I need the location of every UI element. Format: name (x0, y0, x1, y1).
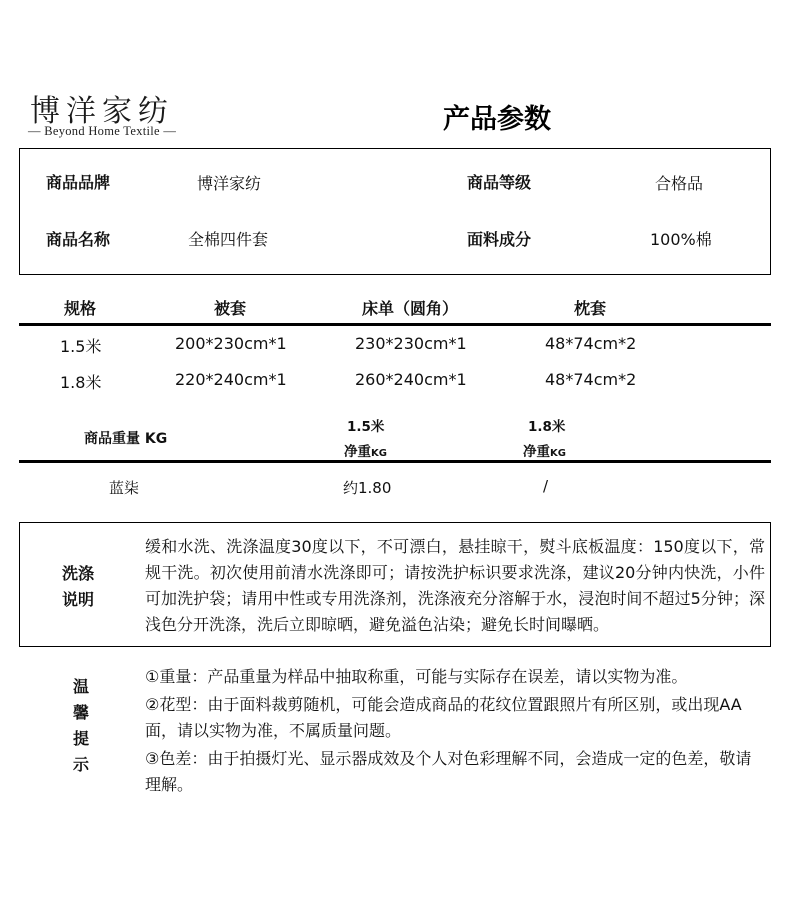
tips-title-char-2: 馨 (71, 700, 91, 726)
spec-header-size: 规格 (64, 296, 96, 319)
spec-row-1-sheet: 230*230cm*1 (355, 334, 467, 353)
weight-table-title: 商品重量 KG (84, 428, 167, 448)
spec-table-divider (19, 323, 771, 326)
info-label-name: 商品名称 (46, 227, 110, 250)
spec-row-1-pillowcase: 48*74cm*2 (545, 334, 636, 353)
tip-pattern: ②花型：由于面料裁剪随机，可能会造成商品的花纹位置跟照片有所区别，或出现AA面，… (145, 692, 765, 744)
info-value-name: 全棉四件套 (188, 227, 268, 250)
wash-title-line-1: 洗涤 (62, 561, 94, 587)
wash-instructions-title: 洗涤 说明 (62, 561, 94, 613)
spec-header-pillowcase: 枕套 (574, 296, 606, 319)
page-title: 产品参数 (443, 97, 551, 136)
weight-col-1-size: 1.5米 (347, 415, 384, 435)
weight-row-value-2: / (543, 477, 548, 495)
spec-row-2-pillowcase: 48*74cm*2 (545, 370, 636, 389)
weight-col-2-net-label: 净重 (523, 444, 550, 460)
wash-instructions-text: 缓和水洗、洗涤温度30度以下，不可漂白，悬挂晾干，熨斗底板温度：150度以下，常… (145, 534, 765, 638)
info-value-material: 100%棉 (650, 227, 712, 250)
weight-col-1-net: 净重KG (344, 440, 387, 460)
spec-header-duvet: 被套 (214, 296, 246, 319)
tips-title-char-4: 示 (71, 752, 91, 778)
info-value-brand: 博洋家纺 (197, 171, 261, 194)
spec-row-2-size: 1.8米 (60, 370, 101, 393)
tip-weight: ①重量：产品重量为样品中抽取称重，可能与实际存在误差，请以实物为准。 (145, 664, 765, 690)
weight-col-1-net-label: 净重 (344, 444, 371, 460)
info-label-grade: 商品等级 (467, 170, 531, 193)
weight-col-2-net: 净重KG (523, 440, 566, 460)
weight-col-1-unit: KG (371, 448, 387, 459)
spec-row-2-duvet: 220*240cm*1 (175, 370, 287, 389)
tips-title: 温 馨 提 示 (71, 674, 91, 778)
weight-col-2-unit: KG (550, 448, 566, 459)
wash-title-line-2: 说明 (62, 587, 94, 613)
spec-header-sheet: 床单（圆角） (362, 296, 458, 319)
tip-color-difference: ③色差：由于拍摄灯光、显示器成效及个人对色彩理解不同，会造成一定的色差，敬请理解… (145, 746, 765, 798)
info-label-brand: 商品品牌 (46, 170, 110, 193)
info-value-grade: 合格品 (655, 171, 703, 194)
weight-row-value-1: 约1.80 (343, 477, 391, 498)
tips-title-char-3: 提 (71, 726, 91, 752)
weight-row-name: 蓝柒 (109, 477, 139, 498)
tips-list: ①重量：产品重量为样品中抽取称重，可能与实际存在误差，请以实物为准。 ②花型：由… (145, 664, 765, 798)
spec-row-2-sheet: 260*240cm*1 (355, 370, 467, 389)
spec-row-1-size: 1.5米 (60, 334, 101, 357)
brand-logo-tagline: — Beyond Home Textile — (28, 124, 176, 139)
tips-title-char-1: 温 (71, 674, 91, 700)
info-label-material: 面料成分 (467, 227, 531, 250)
product-info-box (19, 148, 771, 275)
weight-table-divider (19, 460, 771, 463)
spec-row-1-duvet: 200*230cm*1 (175, 334, 287, 353)
weight-col-2-size: 1.8米 (528, 415, 565, 435)
